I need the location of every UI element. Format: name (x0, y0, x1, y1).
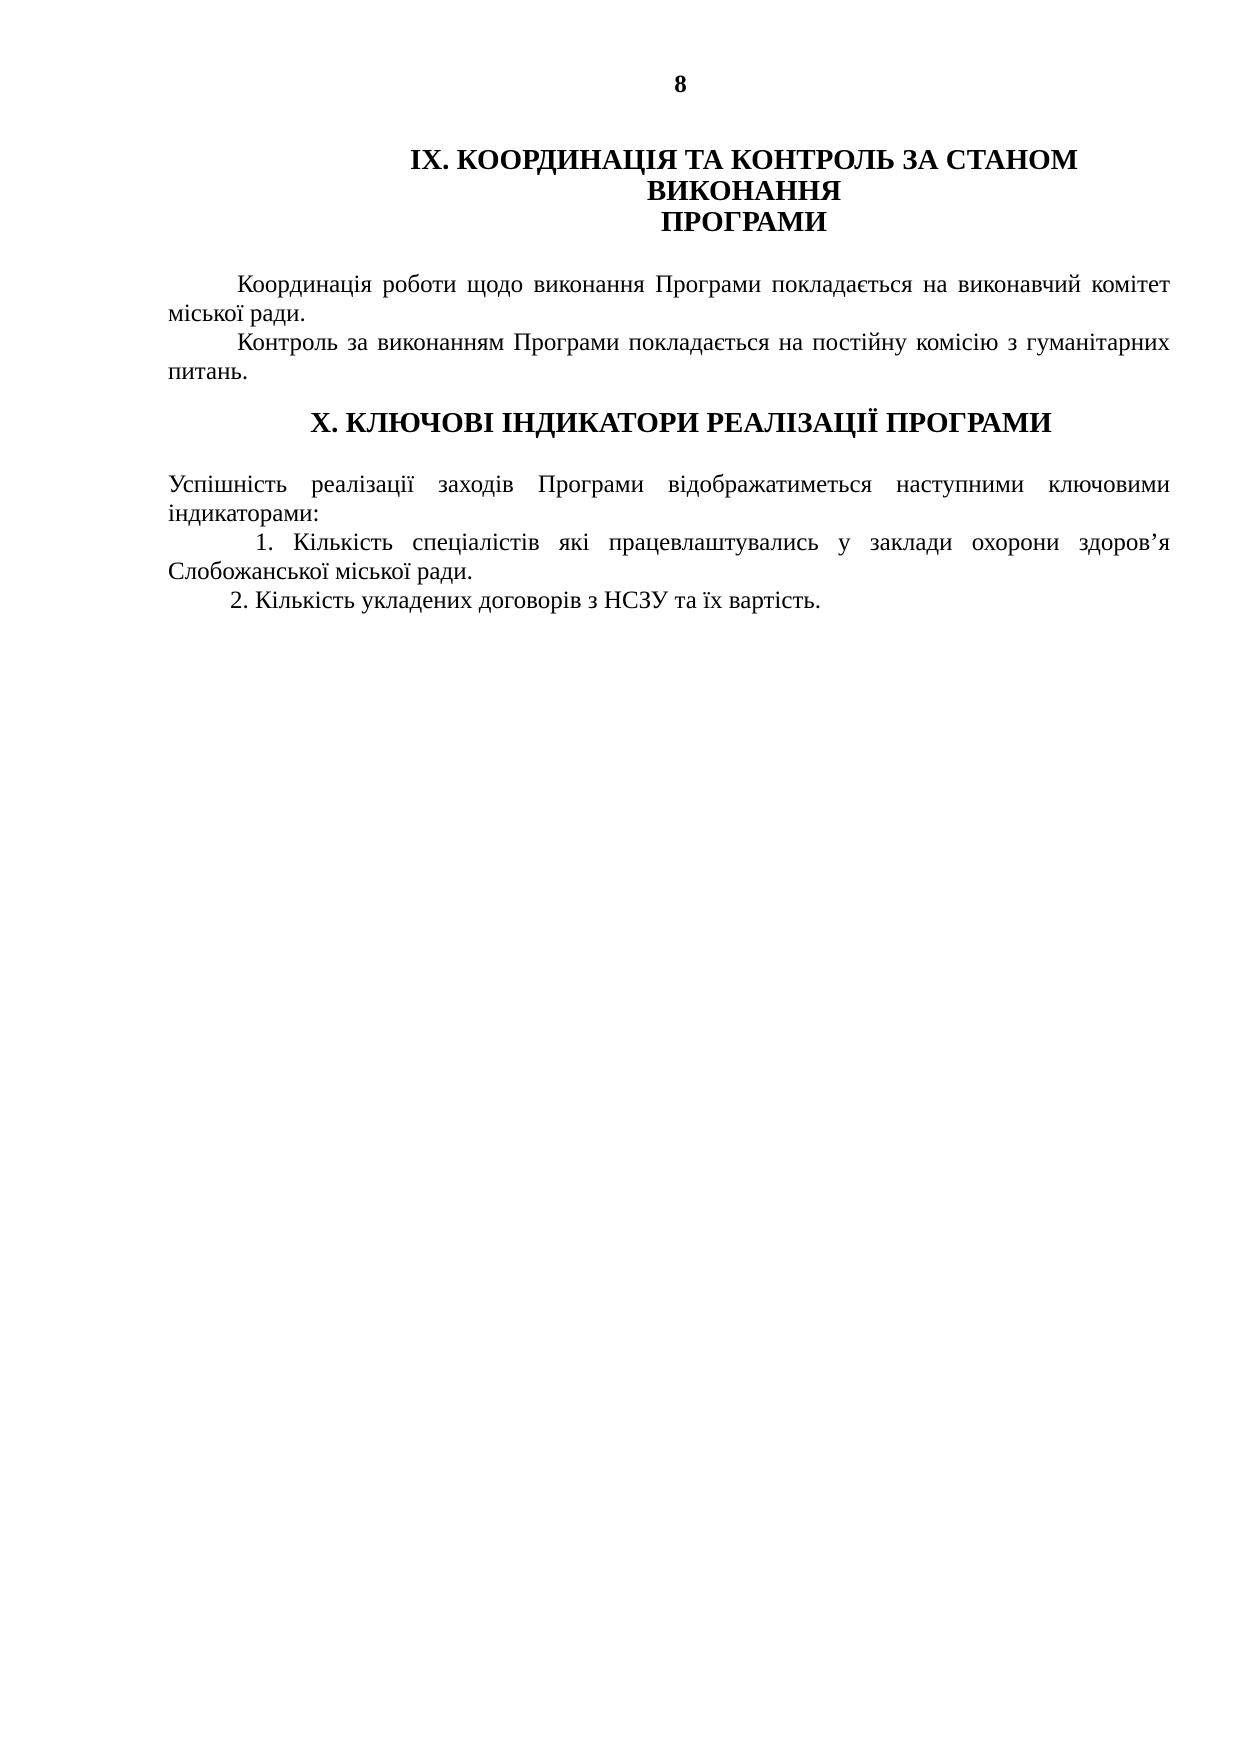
text-line: Координація роботи щодо виконання Програ… (168, 270, 1170, 299)
text-line: 1. Кількість спеціалістів які працевлашт… (168, 528, 1170, 557)
text-line: Успішність реалізації заходів Програми в… (168, 470, 1170, 499)
section-ix-heading-line-1: IX. КООРДИНАЦІЯ ТА КОНТРОЛЬ ЗА СТАНОМ ВИ… (318, 145, 1170, 207)
text-line: Контроль за виконанням Програми покладає… (168, 328, 1170, 357)
paragraph-control: Контроль за виконанням Програми покладає… (168, 328, 1170, 386)
document-content: IX. КООРДИНАЦІЯ ТА КОНТРОЛЬ ЗА СТАНОМ ВИ… (168, 0, 1170, 615)
text-line: міської ради. (168, 299, 1170, 328)
text-line: питань. (168, 357, 1170, 386)
text-line: 2. Кількість укладених договорів з НСЗУ … (168, 586, 1170, 615)
paragraph-coordination: Координація роботи щодо виконання Програ… (168, 270, 1170, 328)
indicator-item-2: 2. Кількість укладених договорів з НСЗУ … (168, 586, 1170, 615)
section-x-heading: X. КЛЮЧОВІ ІНДИКАТОРИ РЕАЛІЗАЦІЇ ПРОГРАМ… (168, 407, 1170, 439)
section-ix-heading: IX. КООРДИНАЦІЯ ТА КОНТРОЛЬ ЗА СТАНОМ ВИ… (168, 145, 1170, 238)
paragraph-indicators-intro: Успішність реалізації заходів Програми в… (168, 470, 1170, 528)
indicator-item-1: 1. Кількість спеціалістів які працевлашт… (168, 528, 1170, 586)
document-page: 8 IX. КООРДИНАЦІЯ ТА КОНТРОЛЬ ЗА СТАНОМ … (0, 0, 1241, 1753)
section-ix-heading-line-2: ПРОГРАМИ (318, 207, 1170, 238)
text-line: Слобожанської міської ради. (168, 557, 1170, 586)
text-line: індикаторами: (168, 499, 1170, 528)
